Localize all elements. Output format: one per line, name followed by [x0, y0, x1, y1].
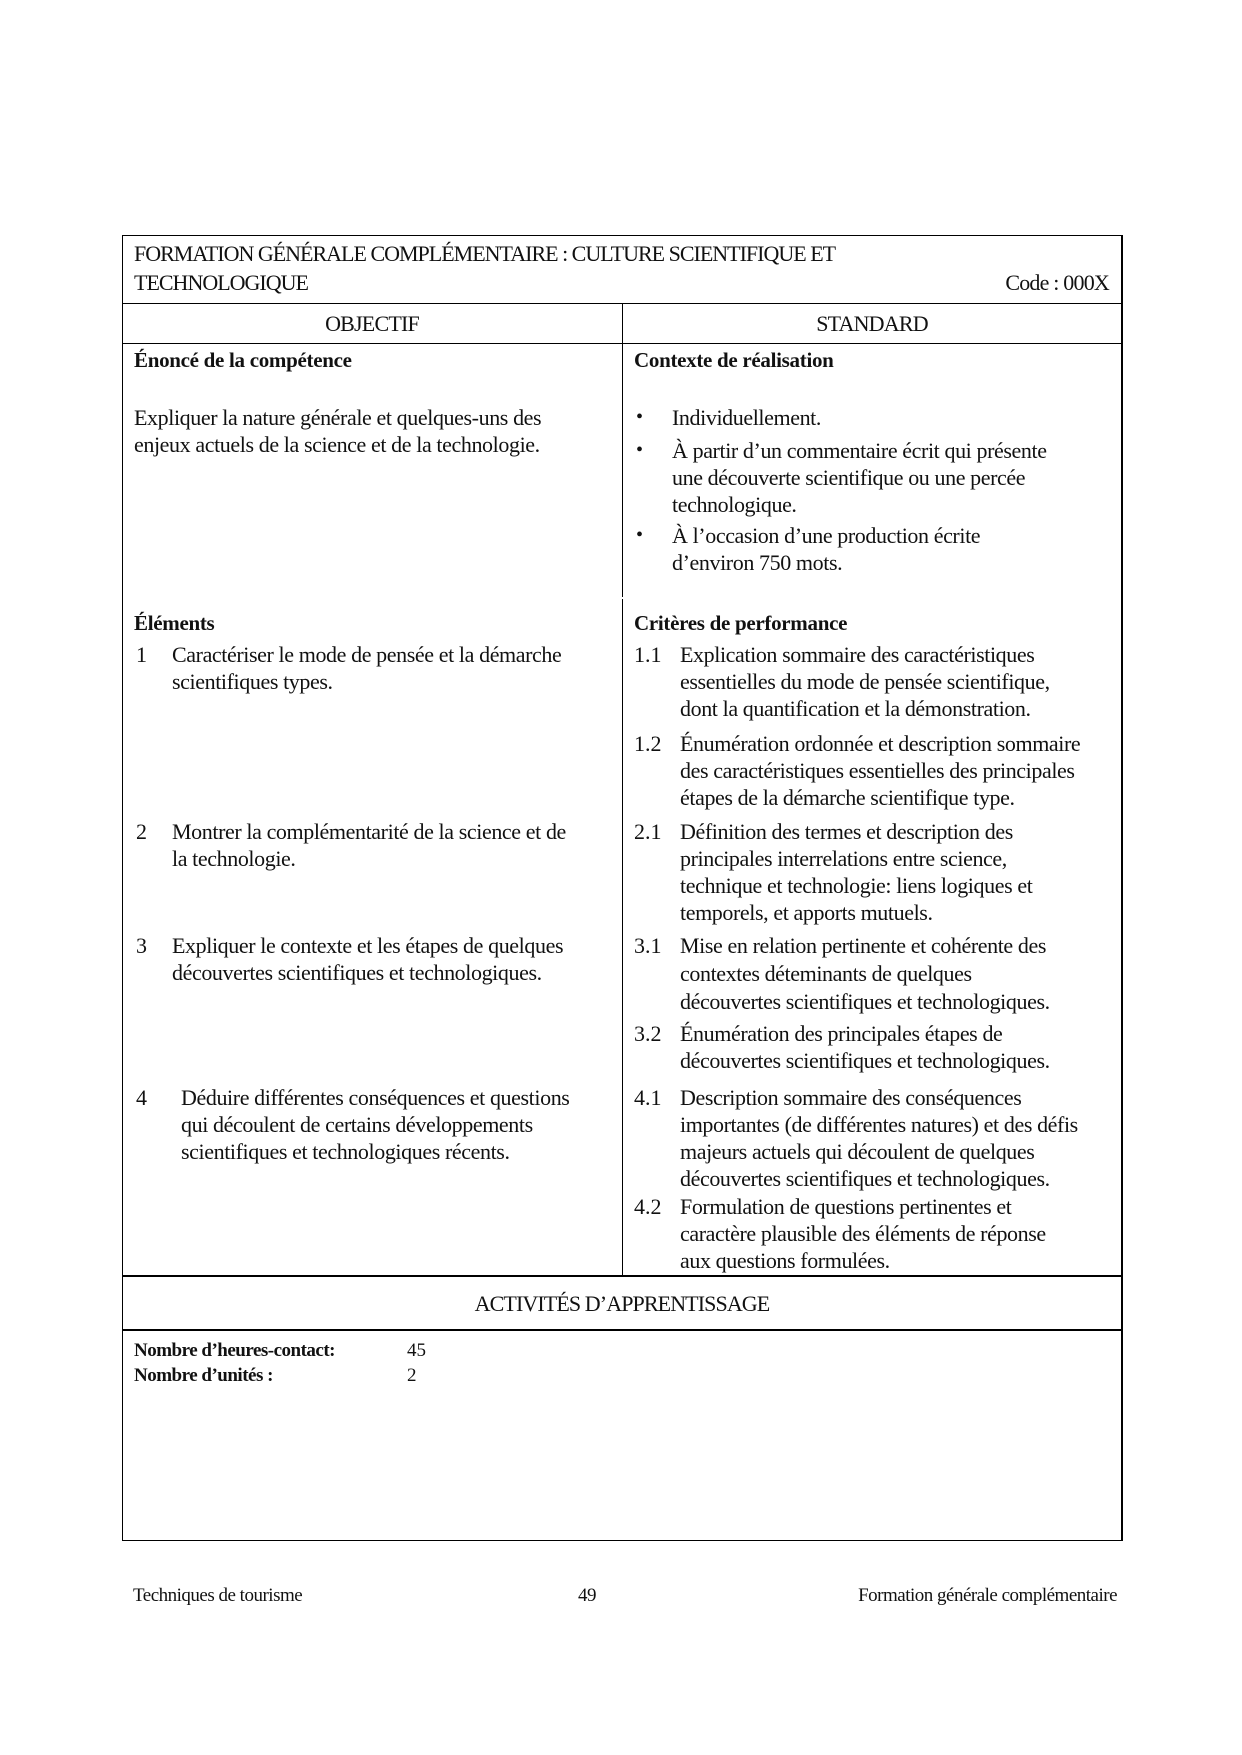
- element-number: 2: [136, 818, 147, 845]
- element-text: Expliquer le contexte et les étapes de q…: [172, 932, 563, 986]
- critere-number: 3.1: [634, 932, 662, 959]
- column-header-objectif: OBJECTIF: [122, 310, 622, 337]
- bullet-icon: •: [636, 522, 643, 549]
- contexte-item-text: À l’occasion d’une production écrite d’e…: [672, 522, 980, 576]
- form-title-line1: FORMATION GÉNÉRALE COMPLÉMENTAIRE : CULT…: [134, 240, 835, 267]
- activites-heading: ACTIVITÉS D’APPRENTISSAGE: [122, 1290, 1122, 1317]
- competence-heading: Énoncé de la compétence: [134, 347, 352, 374]
- footer-program: Techniques de tourisme: [133, 1584, 302, 1608]
- critere-text: Mise en relation pertinente et cohérente…: [680, 932, 1050, 1016]
- hours-label: Nombre d’heures-contact:: [134, 1338, 335, 1364]
- activities-bottom-divider: [122, 1329, 1122, 1331]
- critere-text: Explication sommaire des caractéristique…: [680, 641, 1050, 722]
- bullet-icon: •: [636, 437, 643, 464]
- element-number: 4: [136, 1084, 147, 1111]
- critere-text: Énumération ordonnée et description somm…: [680, 730, 1080, 811]
- elements-heading: Éléments: [134, 610, 214, 637]
- critere-text: Définition des termes et description des…: [680, 818, 1032, 926]
- critere-text: Énumération des principales étapes de dé…: [680, 1020, 1050, 1074]
- bullet-icon: •: [636, 404, 643, 431]
- element-text: Caractériser le mode de pensée et la dém…: [172, 641, 561, 695]
- critere-number: 2.1: [634, 818, 662, 845]
- form-title-line2: TECHNOLOGIQUE: [134, 269, 308, 296]
- page-number: 49: [578, 1584, 596, 1608]
- contexte-item-text: À partir d’un commentaire écrit qui prés…: [672, 437, 1047, 518]
- column-divider-upper: [622, 303, 623, 597]
- hours-value: 45: [407, 1338, 426, 1364]
- critere-number: 4.1: [634, 1084, 662, 1111]
- column-divider-lower: [622, 599, 623, 1276]
- column-header-standard: STANDARD: [622, 310, 1122, 337]
- contexte-heading: Contexte de réalisation: [634, 347, 834, 374]
- footer-section: Formation générale complémentaire: [858, 1584, 1117, 1608]
- critere-number: 1.1: [634, 641, 662, 668]
- criteres-heading: Critères de performance: [634, 610, 847, 637]
- element-number: 1: [136, 641, 147, 668]
- critere-text: Description sommaire des conséquences im…: [680, 1084, 1078, 1192]
- units-value: 2: [407, 1363, 417, 1389]
- competence-statement: Expliquer la nature générale et quelques…: [134, 404, 541, 458]
- critere-text: Formulation de questions pertinentes et …: [680, 1193, 1046, 1274]
- critere-number: 4.2: [634, 1193, 662, 1220]
- critere-number: 1.2: [634, 730, 662, 757]
- units-label: Nombre d’unités :: [134, 1363, 273, 1389]
- contexte-item-text: Individuellement.: [672, 404, 821, 431]
- critere-number: 3.2: [634, 1020, 662, 1047]
- element-number: 3: [136, 932, 147, 959]
- element-text: Déduire différentes conséquences et ques…: [181, 1084, 569, 1165]
- element-text: Montrer la complémentarité de la science…: [172, 818, 566, 872]
- course-code: Code : 000X: [1005, 269, 1109, 296]
